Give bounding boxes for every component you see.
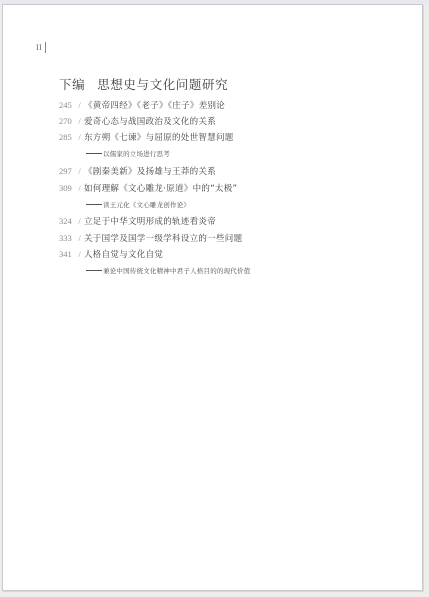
toc-page-number: 297 xyxy=(59,166,75,176)
toc-entry[interactable]: 341 / 人格自觉与文化自觉 xyxy=(59,248,163,262)
toc-subtitle-text: 以儒家的立场进行思考 xyxy=(103,149,170,158)
toc-entry[interactable]: 270 / 爱奇心态与战国政治及文化的关系 xyxy=(59,115,216,129)
toc-subtitle: 读王元化《文心雕龙创作论》 xyxy=(86,200,190,209)
toc-title: 《黄帝四经》《老子》《庄子》差别论 xyxy=(84,99,225,111)
toc-entry[interactable]: 309 / 如何理解《文心雕龙·原道》中的“太极” xyxy=(59,182,237,196)
toc-entry[interactable]: 245 / 《黄帝四经》《老子》《庄子》差别论 xyxy=(59,99,225,113)
section-heading: 下编思想史与文化问题研究 xyxy=(59,75,228,93)
toc-entry[interactable]: 333 / 关于国学及国学一级学科设立的一些问题 xyxy=(59,232,242,246)
toc-subtitle: 以儒家的立场进行思考 xyxy=(86,149,170,158)
toc-page-number: 324 xyxy=(59,216,75,226)
toc-separator: / xyxy=(75,183,84,193)
toc-page-number: 270 xyxy=(59,116,75,126)
toc-separator: / xyxy=(75,233,84,243)
toc-entry[interactable]: 324 / 立足于中华文明形成的轨迹看炎帝 xyxy=(59,215,216,229)
toc-title: 爱奇心态与战国政治及文化的关系 xyxy=(84,115,216,127)
toc-separator: / xyxy=(75,100,84,110)
section-name: 思想史与文化问题研究 xyxy=(97,77,228,92)
toc-title: 东方朔《七谏》与屈原的处世智慧问题 xyxy=(84,131,234,143)
toc-page-number: 341 xyxy=(59,249,75,259)
toc-title: 立足于中华文明形成的轨迹看炎帝 xyxy=(84,215,216,227)
toc-title: 关于国学及国学一级学科设立的一些问题 xyxy=(84,232,242,244)
toc-entry[interactable]: 297 / 《剧秦美新》及扬雄与王莽的关系 xyxy=(59,165,216,179)
document-page: II 下编思想史与文化问题研究 245 / 《黄帝四经》《老子》《庄子》差别论 … xyxy=(2,4,423,591)
toc-subtitle: 兼论中国传统文化精神中君子人格目的的现代价值 xyxy=(86,266,250,275)
toc-title: 如何理解《文心雕龙·原道》中的“太极” xyxy=(84,182,237,194)
toc-page-number: 285 xyxy=(59,132,75,142)
section-part-label: 下编 xyxy=(59,77,85,92)
toc-subtitle-text: 兼论中国传统文化精神中君子人格目的的现代价值 xyxy=(103,266,250,275)
toc-separator: / xyxy=(75,166,84,176)
page-folio: II xyxy=(36,42,46,53)
toc-separator: / xyxy=(75,216,84,226)
folio-number: II xyxy=(36,43,42,52)
em-dash xyxy=(86,204,102,205)
em-dash xyxy=(86,270,102,271)
toc-title: 《剧秦美新》及扬雄与王莽的关系 xyxy=(84,165,216,177)
toc-subtitle-text: 读王元化《文心雕龙创作论》 xyxy=(103,200,190,209)
toc-separator: / xyxy=(75,116,84,126)
toc-separator: / xyxy=(75,249,84,259)
toc-title: 人格自觉与文化自觉 xyxy=(84,248,163,260)
toc-page-number: 309 xyxy=(59,183,75,193)
toc-separator: / xyxy=(75,132,84,142)
toc-page-number: 333 xyxy=(59,233,75,243)
em-dash xyxy=(86,153,102,154)
toc-page-number: 245 xyxy=(59,100,75,110)
folio-divider xyxy=(45,42,46,53)
toc-entry[interactable]: 285 / 东方朔《七谏》与屈原的处世智慧问题 xyxy=(59,131,234,145)
